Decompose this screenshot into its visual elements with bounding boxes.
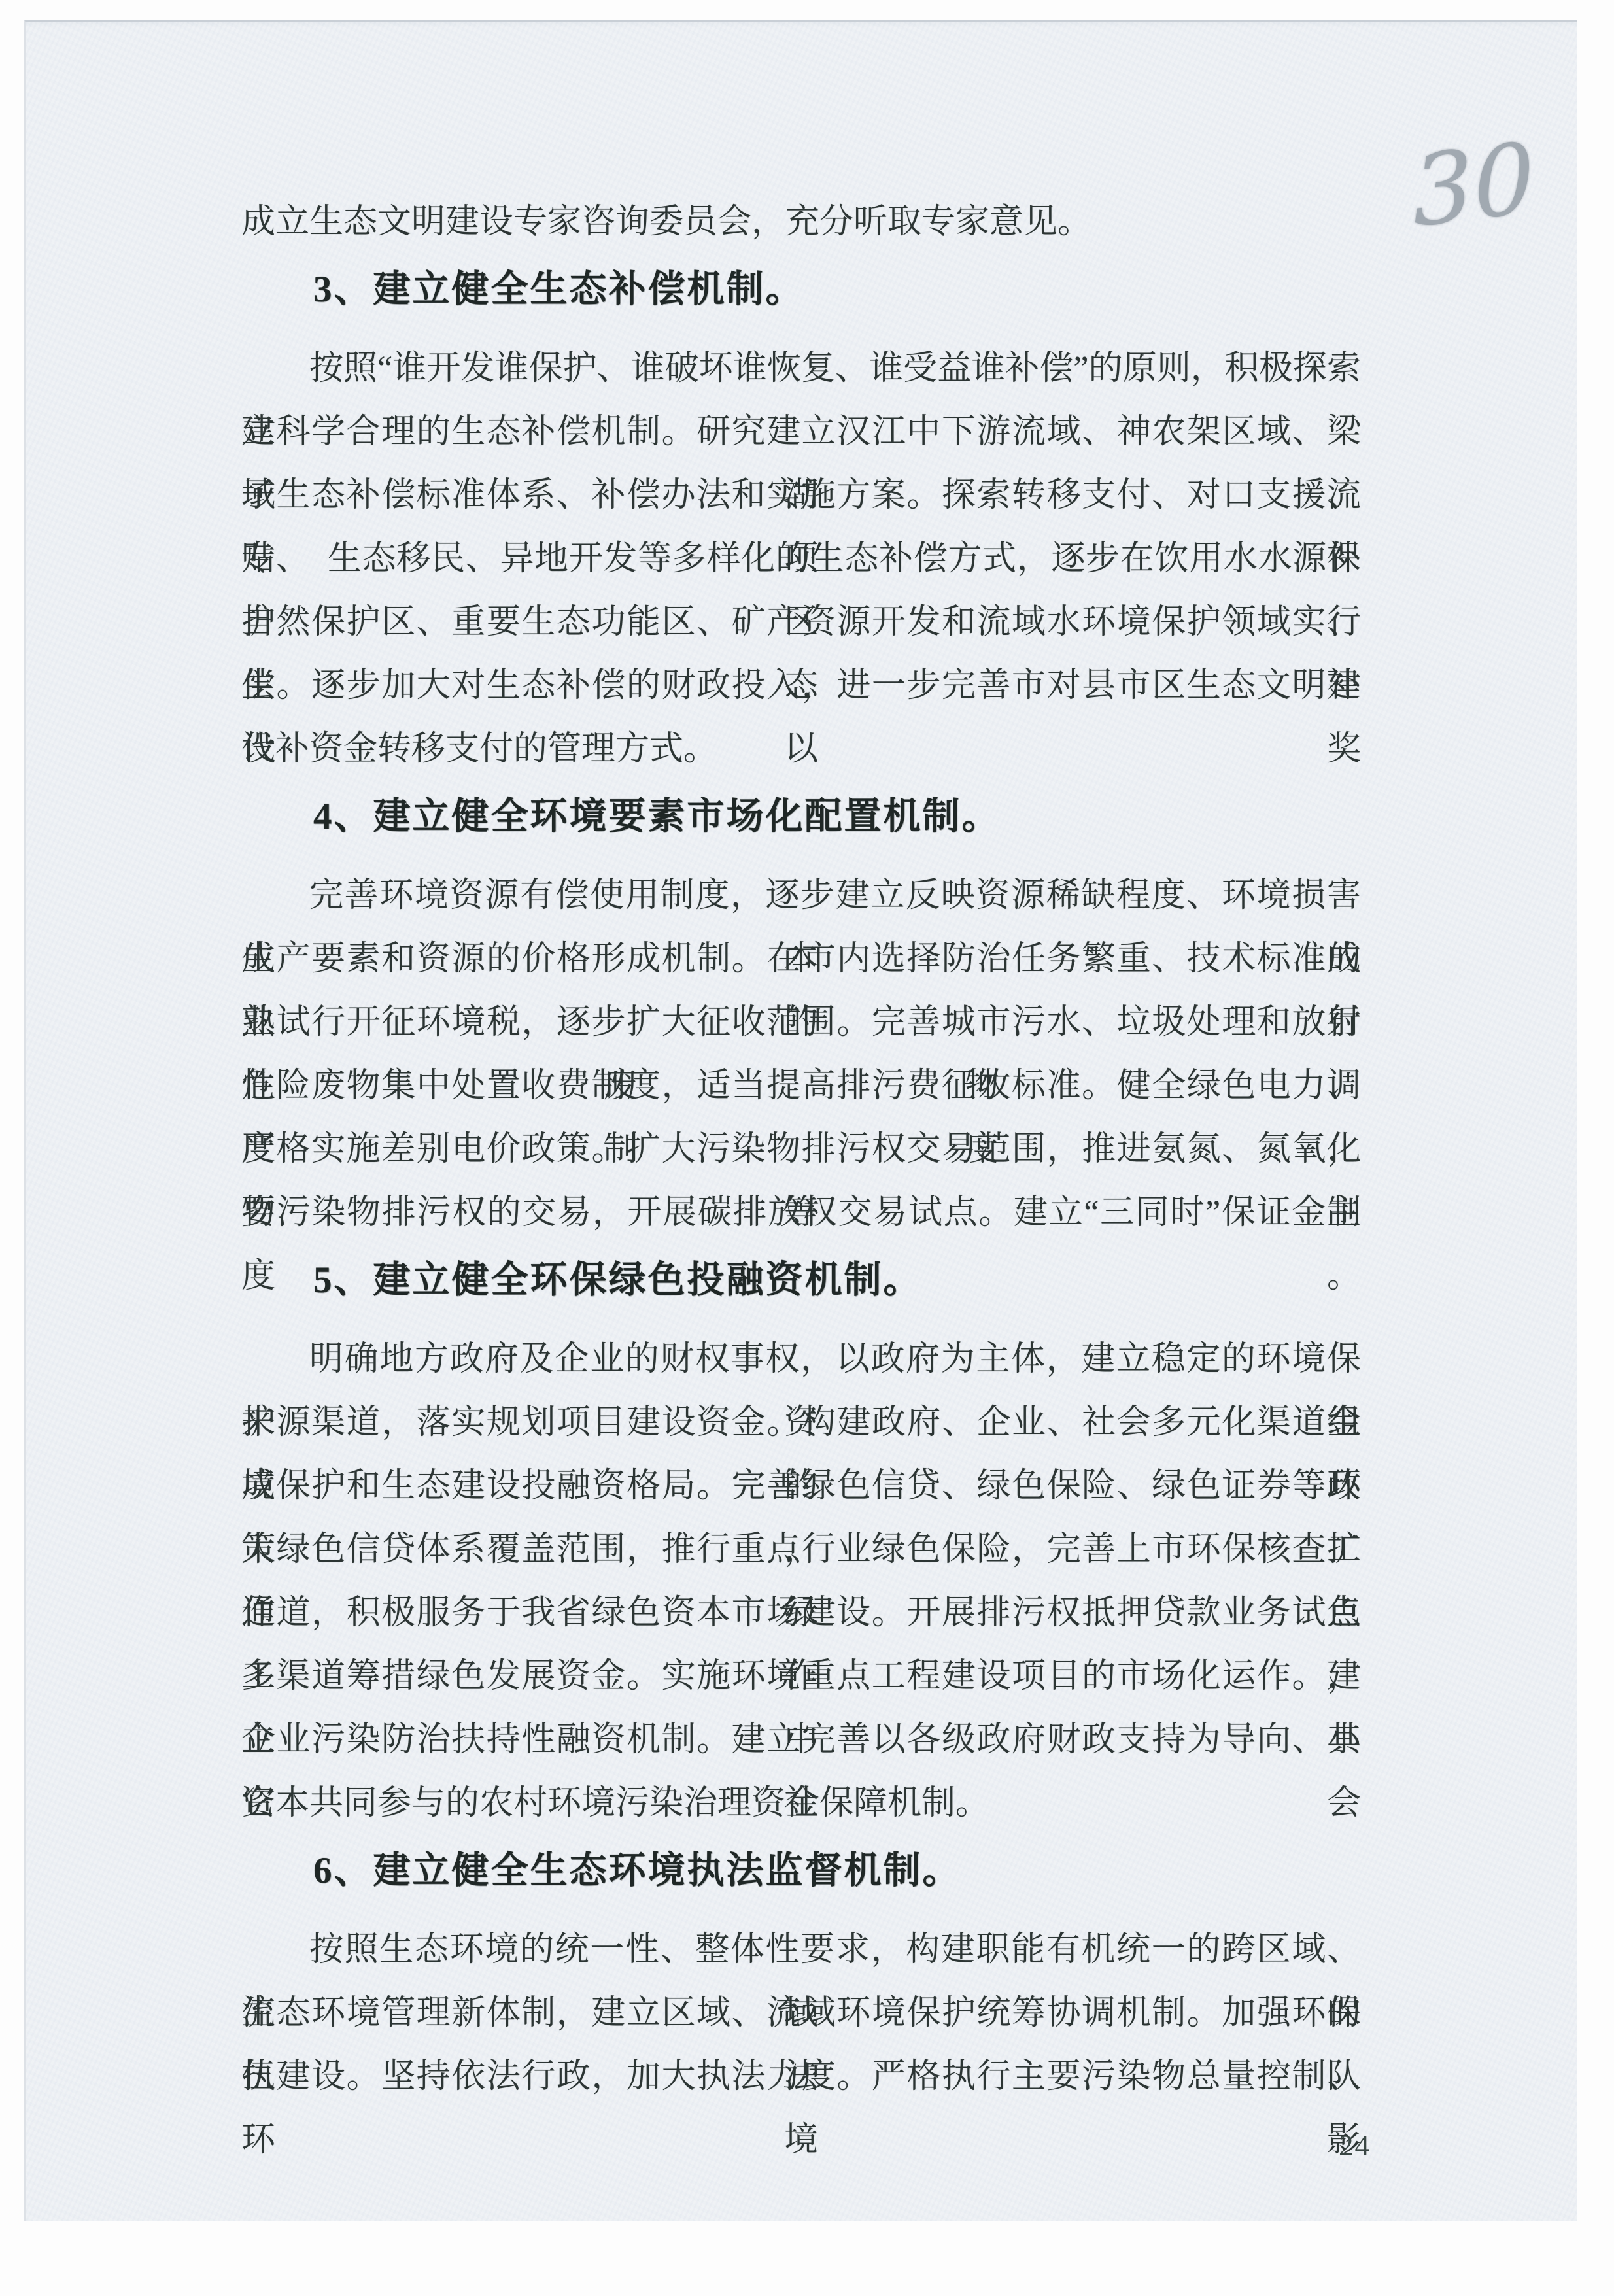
section-heading: 3、建立健全生态补偿机制。 (241, 258, 1361, 321)
document-body: 成立生态文明建设专家咨询委员会，充分听取专家意见。3、建立健全生态补偿机制。按照… (241, 190, 1361, 2108)
text-line: 生态环境管理新体制，建立区域、流域环境保护统筹协调机制。加强环保执法队 (241, 1981, 1361, 2045)
text-line: 域生态补偿标准体系、补偿办法和实施方案。探索转移支付、对口支援、专项补 (241, 464, 1361, 527)
text-line: 伍建设。坚持依法行政，加大执法力度。严格执行主要污染物总量控制、环境影 (241, 2045, 1361, 2108)
text-line: 来源渠道，落实规划项目建设资金。构建政府、企业、社会多元化渠道组成的环 (241, 1391, 1361, 1454)
text-line: 完善环境资源有偿使用制度，逐步建立反映资源稀缺程度、环境损害成本的 (241, 864, 1361, 927)
page-number: 24 (1339, 2131, 1371, 2161)
handwritten-page-mark: 30 (1410, 129, 1537, 241)
text-line: 多渠道筹措绿色发展资金。实施环境重点工程建设项目的市场化运作。建立中小 (241, 1645, 1361, 1708)
text-line: 大绿色信贷体系覆盖范围，推行重点行业绿色保险，完善上市环保核查工作绿色 (241, 1518, 1361, 1581)
text-line: 自然保护区、重要生态功能区、矿产资源开发和流域水环境保护领域实行生态补 (241, 591, 1361, 654)
text-line: 贴、 生态移民、异地开发等多样化的生态补偿方式，逐步在饮用水水源保护区、 (241, 527, 1361, 591)
scan-page: 30 成立生态文明建设专家咨询委员会，充分听取专家意见。3、建立健全生态补偿机制… (24, 20, 1577, 2221)
text-line: 成立生态文明建设专家咨询委员会，充分听取专家意见。 (241, 190, 1361, 254)
section-heading: 6、建立健全生态环境执法监督机制。 (241, 1839, 1361, 1902)
text-line: 境保护和生态建设投融资格局。完善绿色信贷、绿色保险、绿色证券等政策，扩 (241, 1454, 1361, 1518)
text-line: 生产要素和资源的价格形成机制。在市内选择防治任务繁重、技术标准成熟的行 (241, 927, 1361, 991)
section-heading: 4、建立健全环境要素市场化配置机制。 (241, 785, 1361, 848)
page-background: 30 成立生态文明建设专家咨询委员会，充分听取专家意见。3、建立健全生态补偿机制… (0, 0, 1614, 2296)
text-line: 偿。逐步加大对生态补偿的财政投入，进一步完善市对县市区生态文明建设以奖 (241, 654, 1361, 717)
text-line: 按照生态环境的统一性、整体性要求，构建职能有机统一的跨区域、流域的 (241, 1918, 1361, 1981)
text-line: 按照“谁开发谁保护、谁破坏谁恢复、谁受益谁补偿”的原则，积极探索建 (241, 337, 1361, 400)
text-line: 立科学合理的生态补偿机制。研究建立汉江中下游流域、神农架区域、梁子湖流 (241, 400, 1361, 464)
text-line: 严格实施差别电价政策。扩大污染物排污权交易范围，推进氨氮、氮氧化物等主 (241, 1118, 1361, 1181)
text-line: 业试行开征环境税，逐步扩大征收范围。完善城市污水、垃圾处理和放射性废物、 (241, 991, 1361, 1054)
text-line: 企业污染防治扶持性融资机制。建立完善以各级政府财政支持为导向、其它社会 (241, 1708, 1361, 1772)
text-line: 通道，积极服务于我省绿色资本市场建设。开展排污权抵押贷款业务试点工作， (241, 1581, 1361, 1645)
text-line: 危险废物集中处置收费制度，适当提高排污费征收标准。健全绿色电力调度制度， (241, 1054, 1361, 1118)
text-line: 要污染物排污权的交易，开展碳排放权交易试点。建立“三同时”保证金制度。 (241, 1181, 1361, 1244)
text-line: 明确地方政府及企业的财权事权，以政府为主体，建立稳定的环境保护资金 (241, 1328, 1361, 1391)
